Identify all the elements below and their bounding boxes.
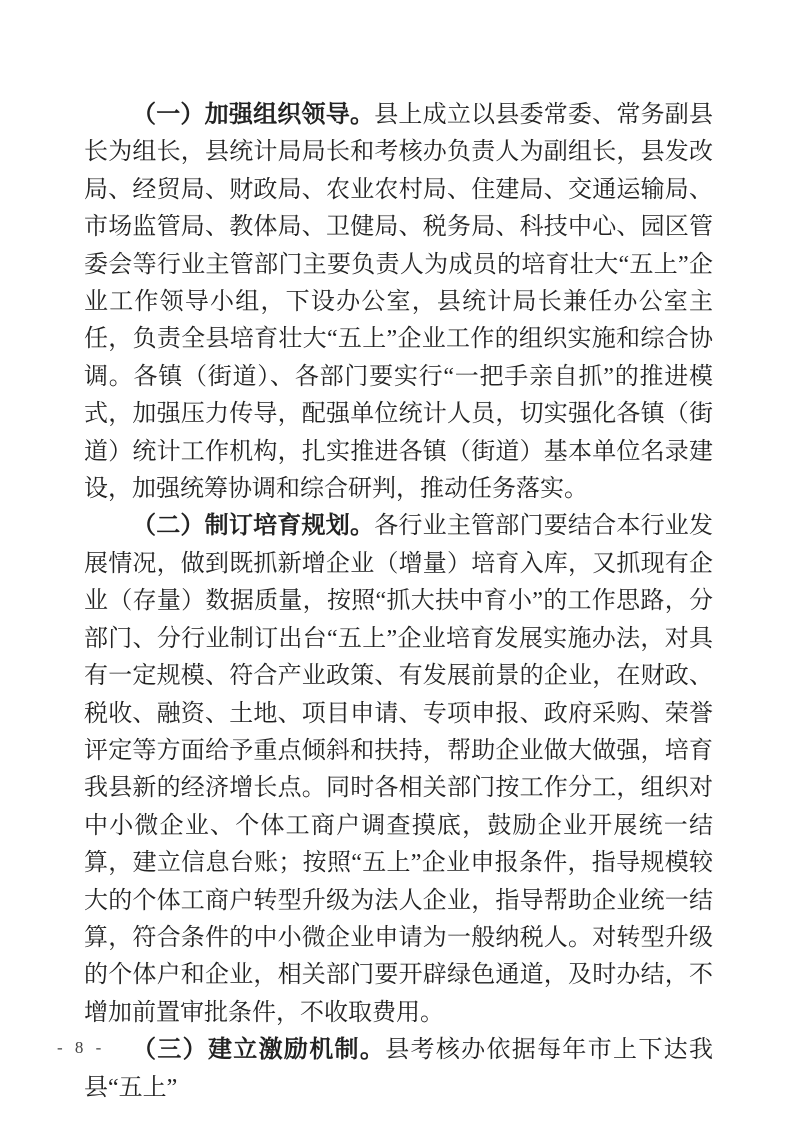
paragraph-2-text: 各行业主管部门要结合本行业发展情况，做到既抓新增企业（增量）培育入库，又抓现有企…	[84, 513, 713, 1025]
paragraph-3-heading: （三）建立激励机制。	[132, 1037, 385, 1063]
page-number: - 8 -	[57, 1038, 105, 1058]
paragraph-1: （一）加强组织领导。县上成立以县委常委、常务副县长为组长，县统计局局长和考核办负…	[84, 97, 713, 508]
paragraph-1-heading: （一）加强组织领导。	[132, 102, 374, 128]
document-page: （一）加强组织领导。县上成立以县委常委、常务副县长为组长，县统计局局长和考核办负…	[0, 0, 793, 1122]
paragraph-1-text: 县上成立以县委常委、常务副县长为组长，县统计局局长和考核办负责人为副组长，县发改…	[84, 102, 713, 502]
paragraph-3: （三）建立激励机制。县考核办依据每年市上下达我县“五上”	[84, 1032, 713, 1107]
paragraph-2: （二）制订培育规划。各行业主管部门要结合本行业发展情况，做到既抓新增企业（增量）…	[84, 508, 713, 1032]
document-body: （一）加强组织领导。县上成立以县委常委、常务副县长为组长，县统计局局长和考核办负…	[84, 97, 713, 1107]
paragraph-2-heading: （二）制订培育规划。	[132, 513, 374, 539]
